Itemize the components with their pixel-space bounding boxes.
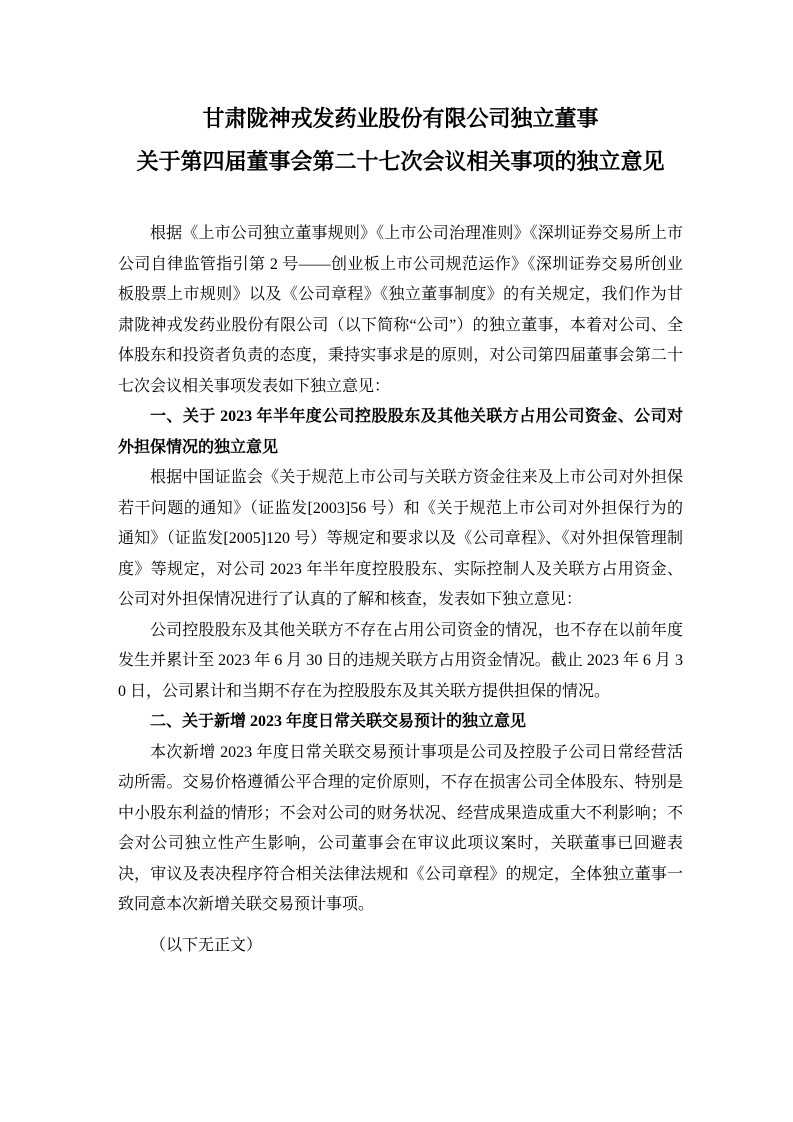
document-title-line1: 甘肃陇神戎发药业股份有限公司独立董事 <box>118 97 683 140</box>
closing-note: （以下无正文） <box>118 931 683 962</box>
document-title: 甘肃陇神戎发药业股份有限公司独立董事 关于第四届董事会第二十七次会议相关事项的独… <box>118 97 683 183</box>
document-body: 根据《上市公司独立董事规则》《上市公司治理准则》《深圳证券交易所上市公司自律监管… <box>118 219 683 961</box>
section-heading-1: 一、关于 2023 年半年度公司控股股东及其他关联方占用公司资金、公司对外担保情… <box>118 402 683 463</box>
paragraph-fund-occupation-opinion: 公司控股股东及其他关联方不存在占用公司资金的情况，也不存在以前年度发生并累计至 … <box>118 616 683 708</box>
document-title-line2: 关于第四届董事会第二十七次会议相关事项的独立意见 <box>118 140 683 183</box>
paragraph-related-transaction-opinion: 本次新增 2023 年度日常关联交易预计事项是公司及控股子公司日常经营活动所需。… <box>118 738 683 921</box>
paragraph-intro: 根据《上市公司独立董事规则》《上市公司治理准则》《深圳证券交易所上市公司自律监管… <box>118 219 683 402</box>
paragraph-fund-occupation-basis: 根据中国证监会《关于规范上市公司与关联方资金往来及上市公司对外担保若干问题的通知… <box>118 463 683 616</box>
document-page: 甘肃陇神戎发药业股份有限公司独立董事 关于第四届董事会第二十七次会议相关事项的独… <box>0 0 793 1122</box>
section-heading-2: 二、关于新增 2023 年度日常关联交易预计的独立意见 <box>118 707 683 738</box>
